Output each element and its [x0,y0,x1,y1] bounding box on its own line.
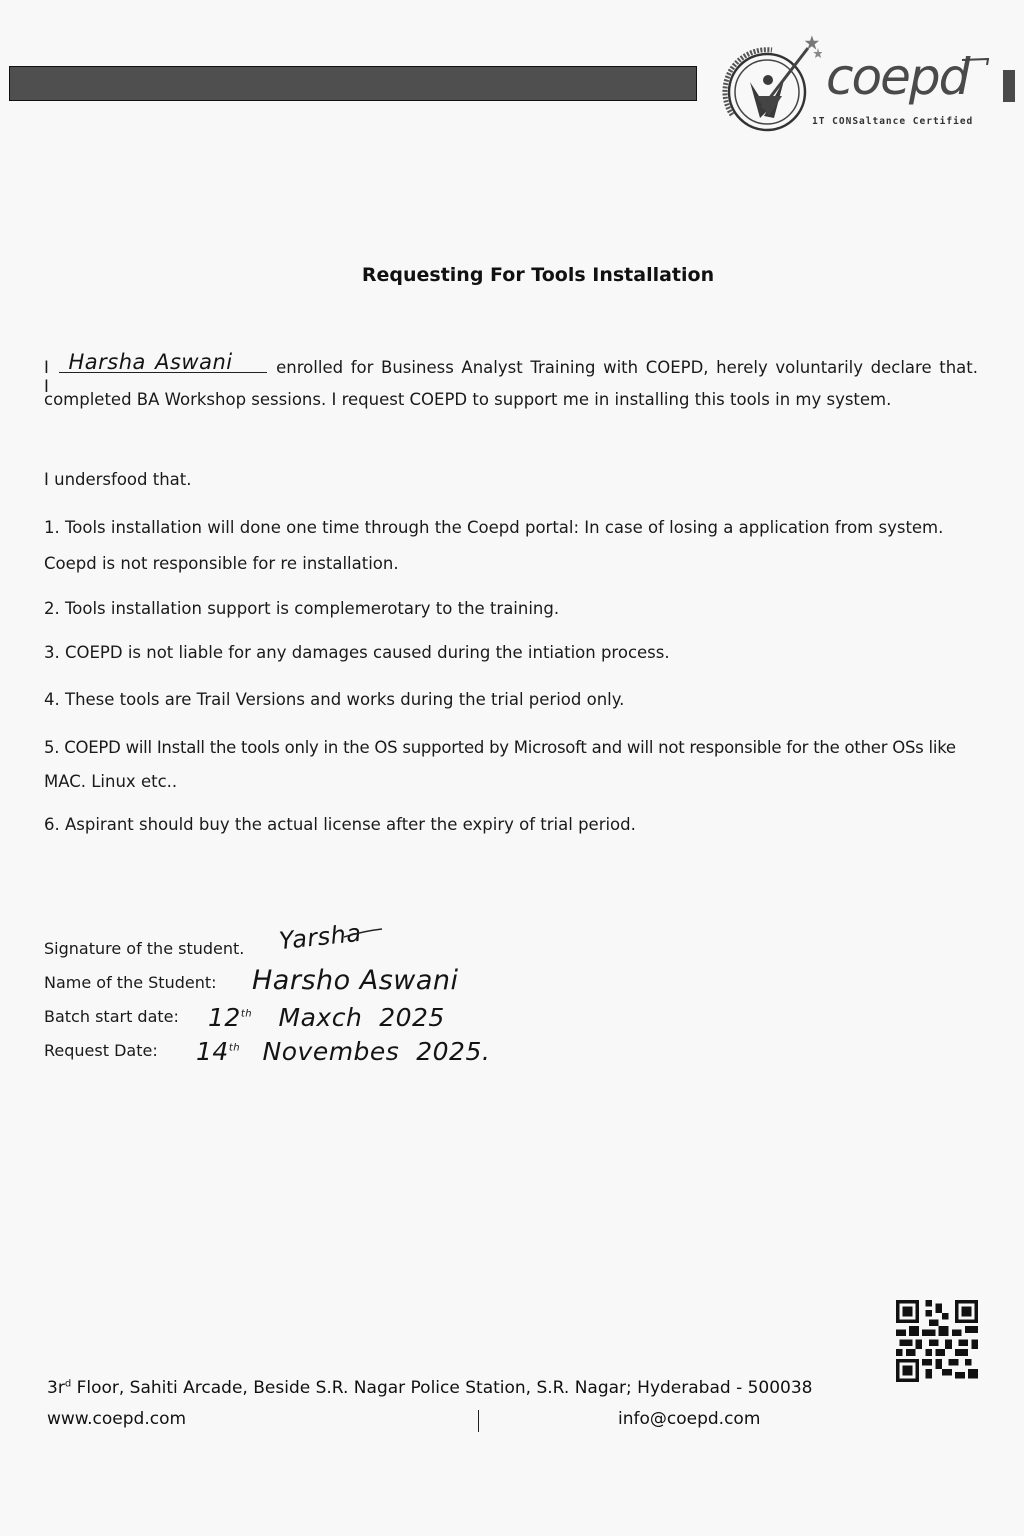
student-name-field[interactable]: Harsha Aswani [59,354,267,373]
term-6: 6. Aspirant should buy the actual licens… [44,815,636,834]
coepd-logo-text: coepd [826,52,968,102]
address-text: Floor, Sahiti Arcade, Beside S.R. Nagar … [71,1378,812,1398]
term-5-line-2: MAC. Linux etc.. [44,772,177,791]
request-day: 14 [196,1037,229,1066]
logo-tagline: 1T CONSaltance Certified [812,116,973,127]
understood-heading: I undersfood that. [44,470,978,489]
batch-start-value: 12th Maxch 2025 [208,1003,445,1032]
batch-month-year: Maxch 2025 [279,1003,445,1032]
request-day-suffix: th [229,1043,240,1054]
qr-code-icon [896,1300,978,1382]
request-date-value: 14th Novembes 2025. [196,1037,490,1066]
coepd-emblem-icon [712,30,822,135]
request-date-label: Request Date: [44,1041,158,1060]
declaration-prefix: I [44,358,49,377]
footer-address: 3rd Floor, Sahiti Arcade, Beside S.R. Na… [47,1378,813,1398]
term-5-line-1: 5. COEPD will Install the tools only in … [44,738,956,757]
batch-day: 12 [208,1003,241,1032]
footer-website-link[interactable]: www.coepd.com [47,1409,186,1429]
header-bar [9,66,697,101]
logo-accent-mark [958,58,990,66]
batch-day-suffix: th [241,1009,252,1020]
request-month-year: Novembes 2025. [263,1037,491,1066]
student-name-handwritten: Harsha Aswani [69,350,233,374]
signature-flourish [344,927,384,939]
batch-start-label: Batch start date: [44,1007,179,1026]
declaration-line-2: completed BA Workshop sessions. I reques… [44,390,978,409]
footer-email-link[interactable]: info@coepd.com [618,1409,760,1429]
address-floor: 3r [47,1378,65,1398]
student-name-label: Name of the Student: [44,973,217,992]
header-end-block [1003,70,1015,102]
document-title: Requesting For Tools Installation [0,264,1024,286]
signature-label: Signature of the student. [44,939,244,958]
term-1-line-2: Coepd is not responsible for re installa… [44,554,399,573]
term-2: 2. Tools installation support is complem… [44,599,559,618]
term-1-line-1: 1. Tools installation will done one time… [44,518,943,537]
term-3: 3. COEPD is not liable for any damages c… [44,643,670,662]
term-4: 4. These tools are Trail Versions and wo… [44,690,624,709]
footer-separator [478,1410,479,1432]
student-name-value: Harsho Aswani [252,965,459,996]
